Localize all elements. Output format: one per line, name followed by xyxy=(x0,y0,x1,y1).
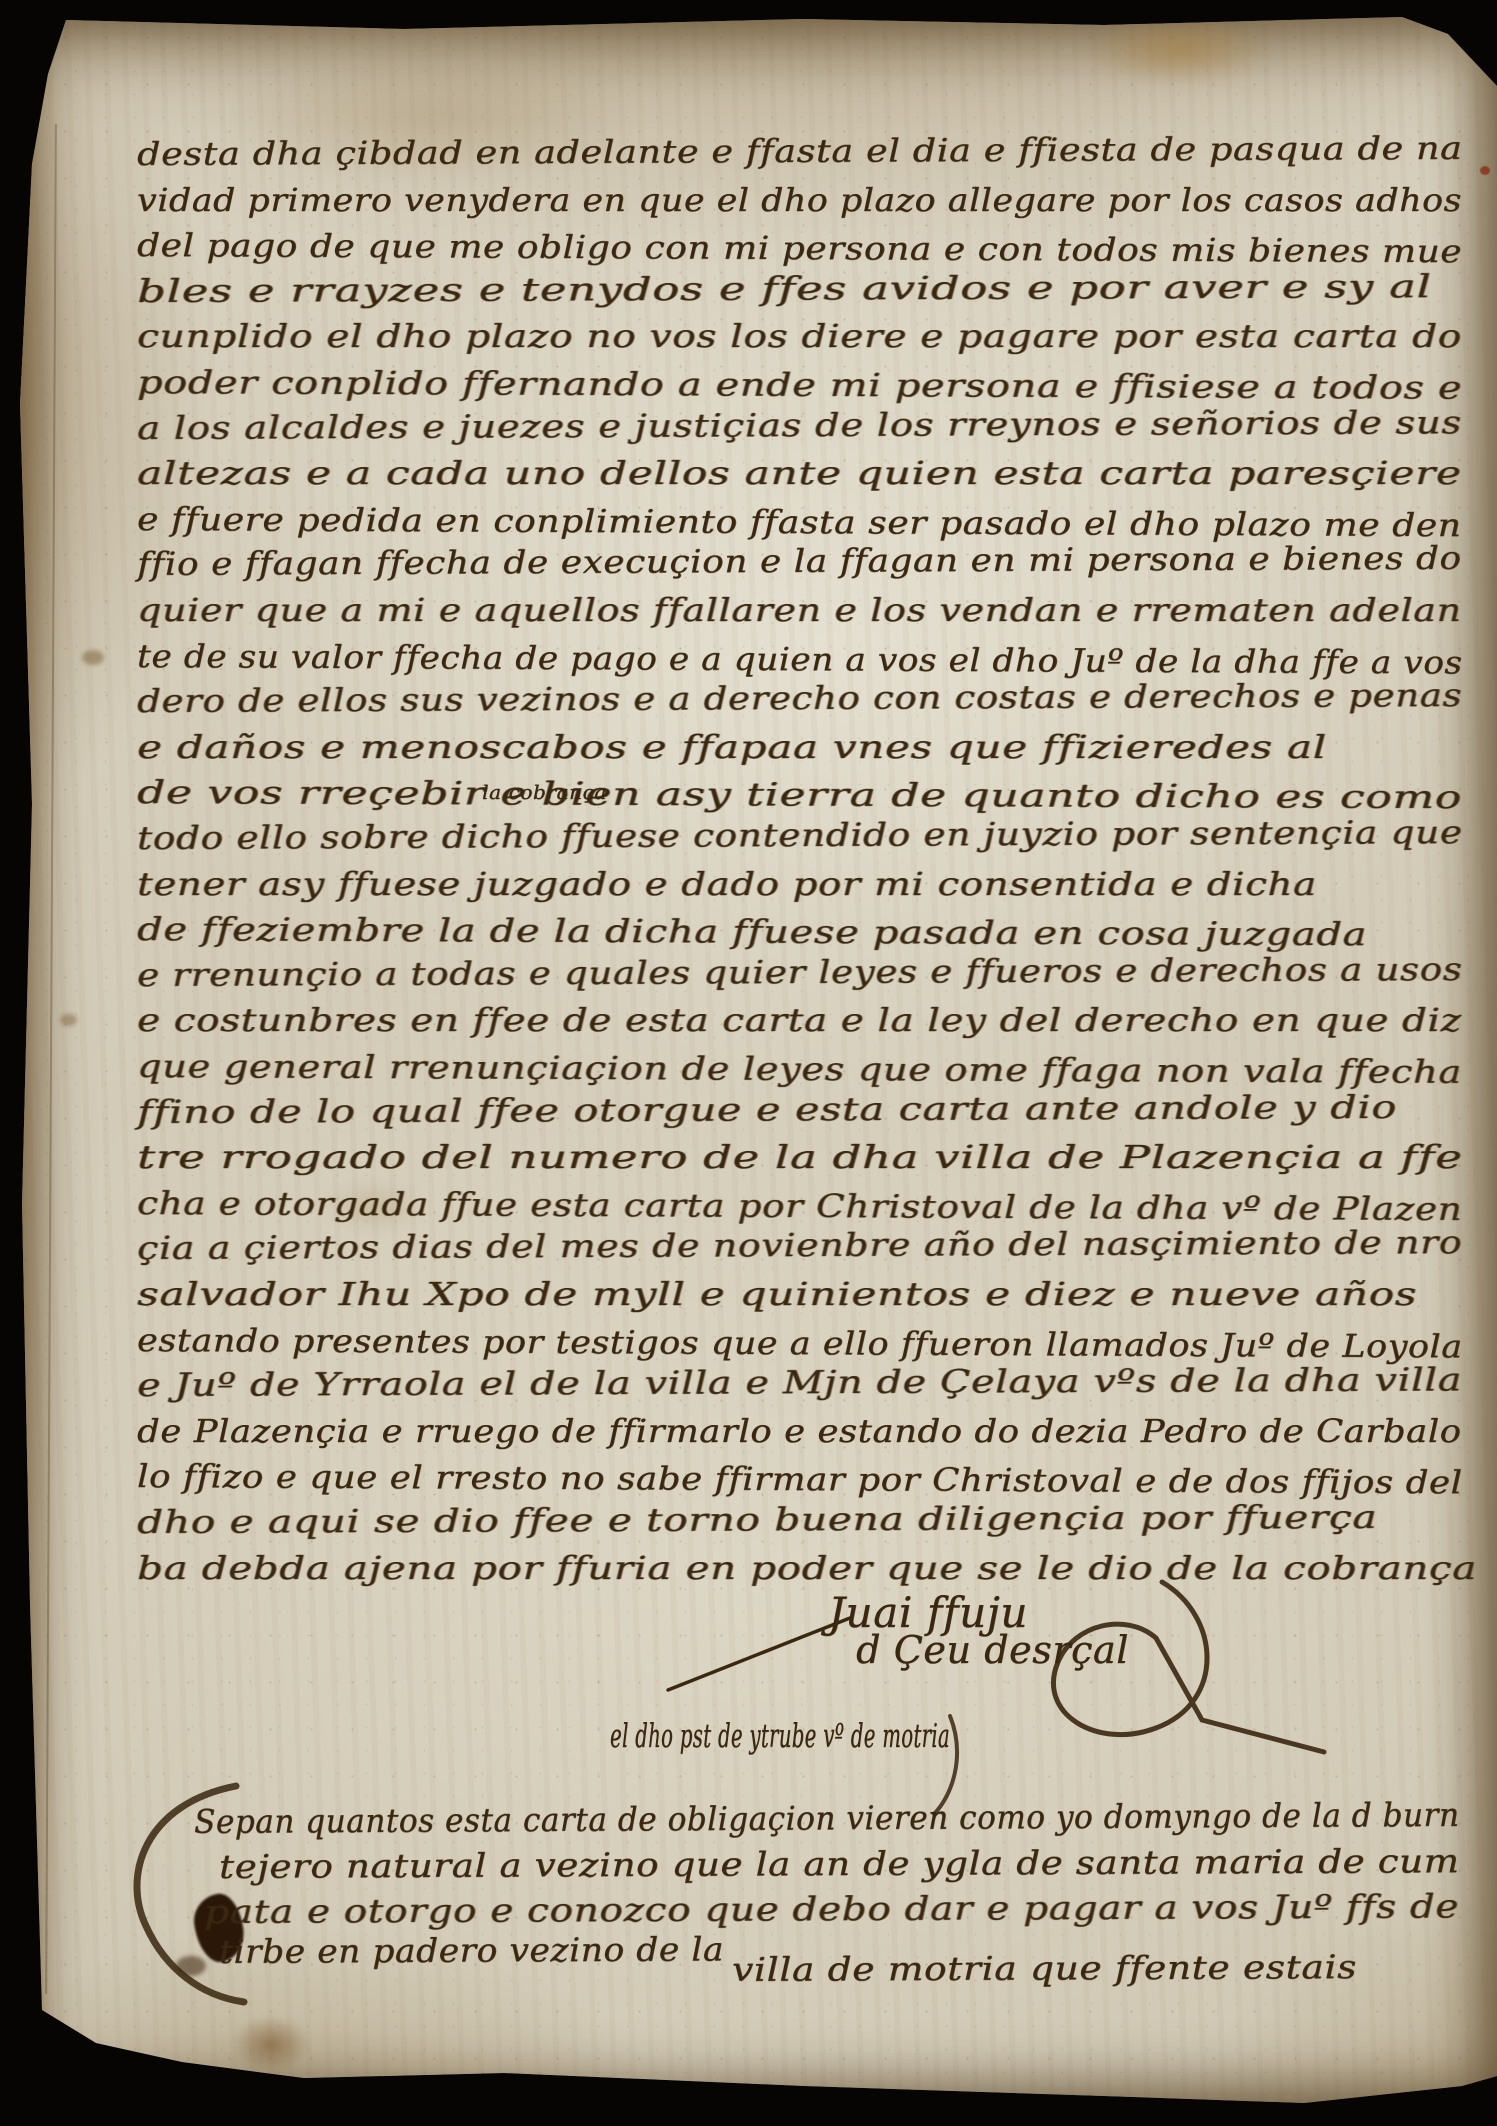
closing-paragraph-line: tejero natural a vezino que la an de ygl… xyxy=(219,1841,1460,1886)
manuscript-line: lo ffizo e que el rresto no sabe ffirmar… xyxy=(137,1457,1463,1501)
manuscript-line: bles e rrayzes e tenydos e ffes avidos e… xyxy=(137,267,1432,310)
right-edge-rust-speck xyxy=(1480,166,1490,175)
manuscript-line: tener asy ffuese juzgado e dado por mi c… xyxy=(137,865,1317,903)
manuscript-line: çia a çiertos dias del mes de novienbre … xyxy=(137,1223,1462,1267)
manuscript-line: ffio e ffagan ffecha de execuçion e la f… xyxy=(137,539,1462,583)
manuscript-line: e daños e menoscabos e ffapaa vnes que f… xyxy=(137,728,1327,766)
manuscript-line: todo ello sobre dicho ffuese contendido … xyxy=(137,813,1463,857)
signature-line-2: d Çeu desrçal xyxy=(856,1628,1129,1672)
left-deckle-edge xyxy=(4,14,56,2114)
manuscript-line: de vos rreçebir e bien asy tierra de qua… xyxy=(137,773,1462,816)
manuscript-line: e costunbres en ffee de esta carta e la … xyxy=(137,1001,1462,1039)
manuscript-line: salvador Ihu Xpo de myll e quinientos e … xyxy=(137,1275,1417,1313)
closing-paragraph-line: Sepan quantos esta carta de obligaçion v… xyxy=(194,1795,1460,1841)
manuscript-line: de ffeziembre la de la dicha ffuese pasa… xyxy=(137,910,1367,953)
closing-paragraph-line: pata e otorgo e conozco que debo dar e p… xyxy=(204,1886,1459,1931)
section-heading: el dho pst de ytrube vº de motria xyxy=(610,1716,950,1755)
manuscript-line: dero de ellos sus vezinos e a derecho co… xyxy=(137,676,1462,720)
manuscript-line: quier que a mi e aquellos ffallaren e lo… xyxy=(137,591,1462,629)
manuscript-line: e Juº de Yrraola el de la villa e Mjn de… xyxy=(137,1360,1462,1404)
left-margin-spot-1 xyxy=(82,650,104,665)
manuscript-line: e rrenunçio a todas e quales quier leyes… xyxy=(137,950,1463,994)
manuscript-page: desta dha çibdad en adelante e ffasta el… xyxy=(4,14,1497,2114)
manuscript-line: poder conplido ffernando a ende mi perso… xyxy=(137,363,1462,407)
closing-paragraph-line: villa de motria que ffente estais xyxy=(732,1947,1357,1989)
manuscript-line: que general rrenunçiaçion de leyes que o… xyxy=(137,1047,1462,1091)
manuscript-line: tre rrogado del numero de la dha villa d… xyxy=(137,1138,1462,1176)
manuscript-line: de Plazençia e rruego de ffirmarlo e est… xyxy=(137,1412,1462,1450)
manuscript-line: te de su valor ffecha de pago e a quien … xyxy=(137,637,1463,682)
manuscript-line: dho e aqui se dio ffee e torno buena dil… xyxy=(137,1498,1377,1541)
signature-underline-stroke xyxy=(668,1618,850,1690)
bottom-brown-stain xyxy=(232,2016,310,2074)
manuscript-line: altezas e a cada uno dellos ante quien e… xyxy=(137,454,1462,492)
manuscript-line: del pago de que me obligo con mi persona… xyxy=(137,226,1462,270)
interlinear-note: la cobrança xyxy=(482,780,607,804)
manuscript-line: desta dha çibdad en adelante e ffasta el… xyxy=(137,129,1463,173)
closing-paragraph-line: tirbe en padero vezino de la xyxy=(219,1929,724,1971)
manuscript-line: cha e otorgada ffue esta carta por Chris… xyxy=(137,1184,1462,1228)
manuscript-line: estando presentes por testigos que a ell… xyxy=(137,1321,1463,1365)
manuscript-line: a los alcaldes e juezes e justiçias de l… xyxy=(137,403,1462,447)
manuscript-line: vidad primero venydera en que el dho pla… xyxy=(137,181,1462,219)
top-right-tan-stain xyxy=(1084,14,1274,86)
manuscript-line: ffino de lo qual ffee otorgue e esta car… xyxy=(137,1088,1397,1131)
manuscript-photo: desta dha çibdad en adelante e ffasta el… xyxy=(0,0,1497,2126)
manuscript-line: cunplido el dho plazo no vos los diere e… xyxy=(137,317,1462,355)
manuscript-line: ba debda ajena por ffuria en poder que s… xyxy=(137,1549,1477,1587)
manuscript-line: e ffuere pedida en conplimiento ffasta s… xyxy=(137,500,1462,544)
ink-blot-satellite xyxy=(176,1956,206,1976)
left-edge-crease xyxy=(45,124,57,1994)
left-margin-spot-2 xyxy=(60,1014,77,1026)
